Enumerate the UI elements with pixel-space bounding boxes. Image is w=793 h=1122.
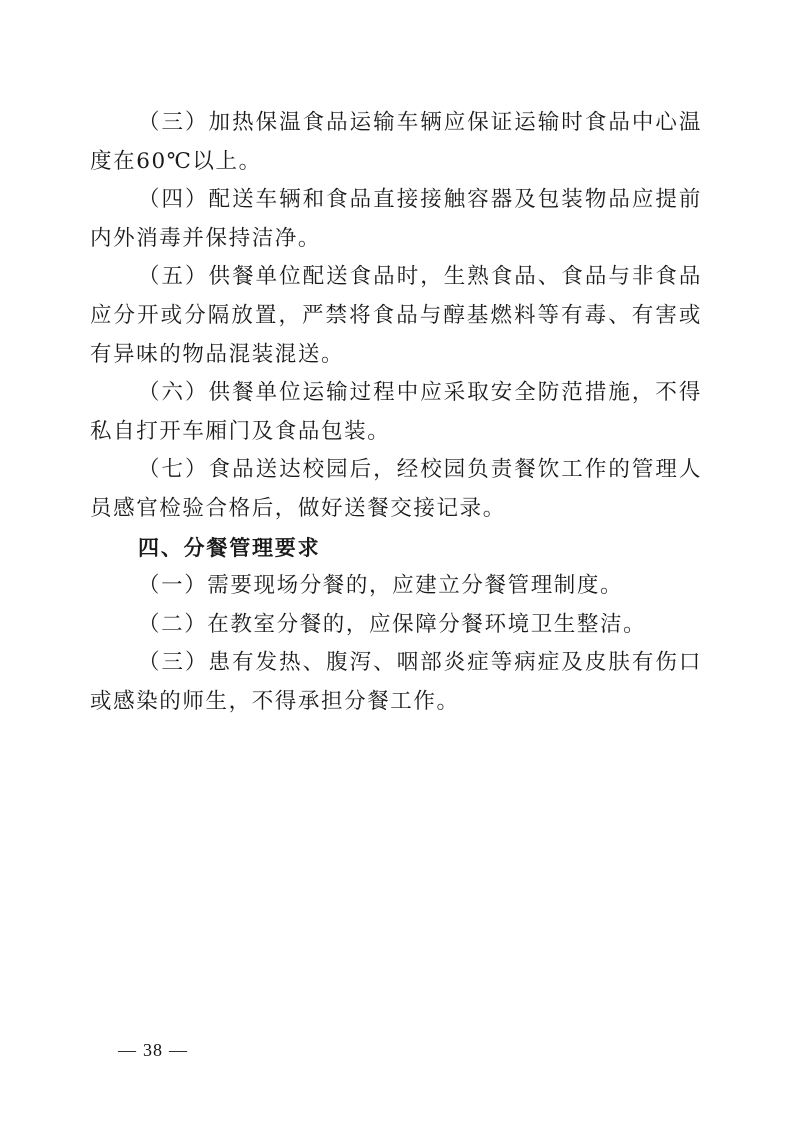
- dash-right: —: [169, 1040, 188, 1061]
- paragraph-vehicle-disinfection: （四）配送车辆和食品直接接触容器及包装物品应提前内外消毒并保持洁净。: [90, 181, 702, 258]
- paragraph-separate-storage: （五）供餐单位配送食品时，生熟食品、食品与非食品应分开或分隔放置，严禁将食品与醇…: [90, 258, 702, 374]
- paragraph-transport-temperature: （三）加热保温食品运输车辆应保证运输时食品中心温度在60℃以上。: [90, 104, 702, 181]
- document-body: （三）加热保温食品运输车辆应保证运输时食品中心温度在60℃以上。 （四）配送车辆…: [90, 104, 702, 722]
- page-number: 38: [143, 1040, 163, 1060]
- paragraph-illness-restriction: （三）患有发热、腹泻、咽部炎症等病症及皮肤有伤口或感染的师生，不得承担分餐工作。: [90, 644, 702, 721]
- page-number-footer: —38—: [112, 1040, 194, 1061]
- paragraph-classroom-hygiene: （二）在教室分餐的，应保障分餐环境卫生整洁。: [90, 606, 702, 645]
- section-heading-meal-distribution: 四、分餐管理要求: [90, 529, 702, 568]
- paragraph-safety-measures: （六）供餐单位运输过程中应采取安全防范措施，不得私自打开车厢门及食品包装。: [90, 374, 702, 451]
- paragraph-delivery-inspection: （七）食品送达校园后，经校园负责餐饮工作的管理人员感官检验合格后，做好送餐交接记…: [90, 451, 702, 528]
- dash-left: —: [118, 1040, 137, 1061]
- paragraph-distribution-system: （一）需要现场分餐的，应建立分餐管理制度。: [90, 567, 702, 606]
